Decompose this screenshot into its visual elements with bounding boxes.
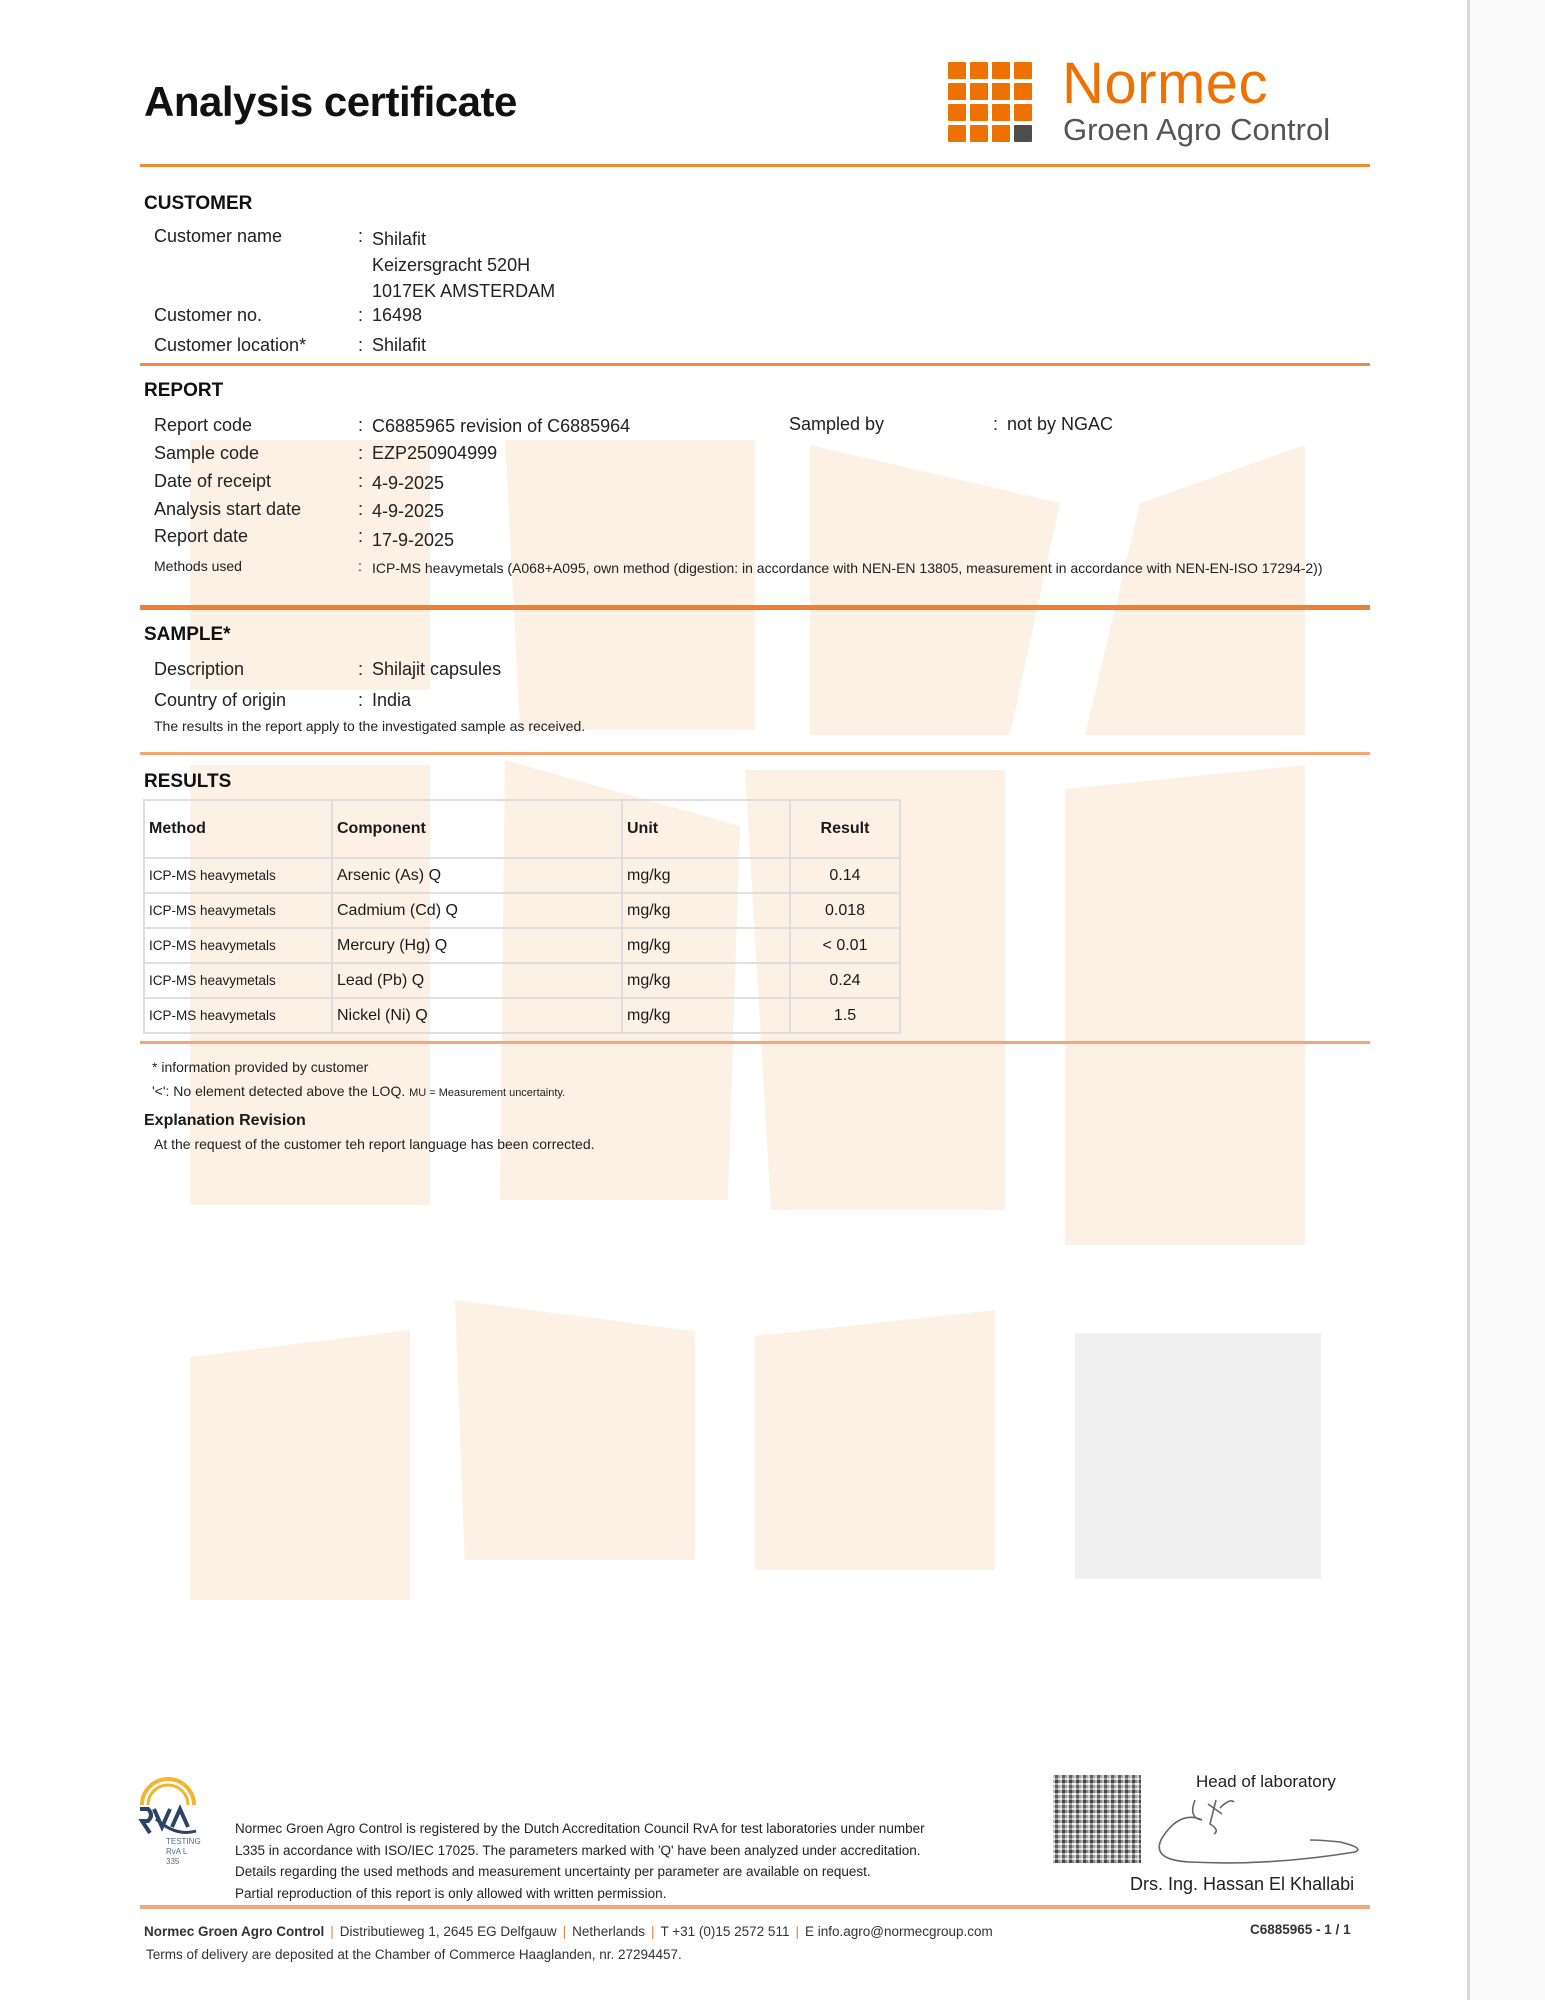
cell-method: ICP-MS heavymetals [144,928,332,963]
cell-result: 1.5 [790,998,900,1033]
report-code-value: C6885965 revision of C6885964 [372,416,630,437]
results-table: Method Component Unit Result ICP-MS heav… [143,799,901,1034]
signature-title: Head of laboratory [1196,1772,1336,1792]
cell-component: Mercury (Hg) Q [332,928,622,963]
footer-country: Netherlands [572,1924,645,1939]
cell-component: Lead (Pb) Q [332,963,622,998]
divider [140,752,1370,755]
table-row: ICP-MS heavymetalsNickel (Ni) Qmg/kg1.5 [144,998,900,1033]
sample-code-value: EZP250904999 [372,443,497,464]
report-heading: REPORT [144,380,223,402]
loq-note: '<': No element detected above the LOQ. … [152,1083,565,1099]
viewer-background [1470,0,1545,2000]
cell-unit: mg/kg [622,928,790,963]
cell-component: Arsenic (As) Q [332,858,622,893]
customer-heading: CUSTOMER [144,193,252,215]
terms-of-delivery: Terms of delivery are deposited at the C… [146,1947,682,1962]
cell-result: 0.018 [790,893,900,928]
table-row: ICP-MS heavymetalsLead (Pb) Qmg/kg0.24 [144,963,900,998]
column-method: Method [144,800,332,858]
certificate-page: Analysis certificate Normec Groen Agro C… [0,0,1458,2000]
signature-image [1150,1790,1365,1870]
column-unit: Unit [622,800,790,858]
cell-component: Nickel (Ni) Q [332,998,622,1033]
sample-heading: SAMPLE* [144,624,231,646]
sample-code-label: Sample code [154,443,259,464]
cell-result: < 0.01 [790,928,900,963]
methods-used-value: ICP-MS heavymetals (A068+A095, own metho… [372,558,1332,578]
customer-no-label: Customer no. [154,305,262,326]
divider [140,1905,1370,1909]
customer-name-label: Customer name [154,226,282,247]
country-of-origin-label: Country of origin [154,690,286,711]
description-label: Description [154,659,244,680]
date-of-receipt-label: Date of receipt [154,471,271,492]
accreditation-statement: Normec Groen Agro Control is registered … [235,1818,925,1904]
cell-method: ICP-MS heavymetals [144,858,332,893]
customer-info-note: * information provided by customer [152,1059,368,1075]
footer-email[interactable]: E info.agro@normecgroup.com [805,1924,993,1939]
customer-location-label: Customer location* [154,335,306,356]
footer-contact-bar: Normec Groen Agro Control|Distributieweg… [144,1924,993,1939]
sampled-by-label: Sampled by [789,414,884,435]
table-row: ICP-MS heavymetalsCadmium (Cd) Qmg/kg0.0… [144,893,900,928]
cell-result: 0.14 [790,858,900,893]
page-reference: C6885965 - 1 / 1 [1250,1922,1351,1937]
report-date-label: Report date [154,526,248,547]
brand-subtitle: Groen Agro Control [1063,112,1330,148]
report-date-value: 17-9-2025 [372,530,454,551]
divider [140,164,1370,167]
footer-phone: T +31 (0)15 2572 511 [660,1924,789,1939]
divider [140,363,1370,366]
analysis-start-date-label: Analysis start date [154,499,301,520]
revision-heading: Explanation Revision [144,1112,306,1130]
table-row: ICP-MS heavymetalsArsenic (As) Qmg/kg0.1… [144,858,900,893]
customer-no-value: 16498 [372,305,422,326]
methods-used-label: Methods used [154,558,242,574]
report-code-label: Report code [154,415,252,436]
revision-text: At the request of the customer teh repor… [154,1136,595,1152]
cell-method: ICP-MS heavymetals [144,998,332,1033]
qr-code[interactable] [1053,1775,1141,1863]
normec-logo-icon [948,62,1032,144]
rva-logo-text: TESTING RvA L 335 [166,1837,202,1867]
cell-component: Cadmium (Cd) Q [332,893,622,928]
cell-method: ICP-MS heavymetals [144,963,332,998]
date-of-receipt-value: 4-9-2025 [372,473,444,494]
description-value: Shilajit capsules [372,659,501,680]
signatory-name: Drs. Ing. Hassan El Khallabi [1130,1874,1354,1895]
customer-name-value: Shilafit Keizersgracht 520H 1017EK AMSTE… [372,226,555,304]
page-title: Analysis certificate [144,78,517,126]
cell-unit: mg/kg [622,893,790,928]
sample-note: The results in the report apply to the i… [154,718,585,734]
cell-method: ICP-MS heavymetals [144,893,332,928]
footer-company: Normec Groen Agro Control [144,1924,324,1939]
analysis-start-date-value: 4-9-2025 [372,501,444,522]
divider [140,605,1370,610]
sampled-by-value: not by NGAC [1007,414,1113,435]
cell-result: 0.24 [790,963,900,998]
column-component: Component [332,800,622,858]
rva-accreditation-logo: TESTING RvA L 335 [136,1775,202,1870]
footer-address: Distributieweg 1, 2645 EG Delfgauw [340,1924,557,1939]
brand-name: Normec [1062,50,1268,117]
cell-unit: mg/kg [622,998,790,1033]
cell-unit: mg/kg [622,963,790,998]
country-of-origin-value: India [372,690,411,711]
cell-unit: mg/kg [622,858,790,893]
divider [140,1041,1370,1044]
table-header-row: Method Component Unit Result [144,800,900,858]
results-heading: RESULTS [144,771,231,793]
table-row: ICP-MS heavymetalsMercury (Hg) Qmg/kg< 0… [144,928,900,963]
column-result: Result [790,800,900,858]
customer-location-value: Shilafit [372,335,426,356]
